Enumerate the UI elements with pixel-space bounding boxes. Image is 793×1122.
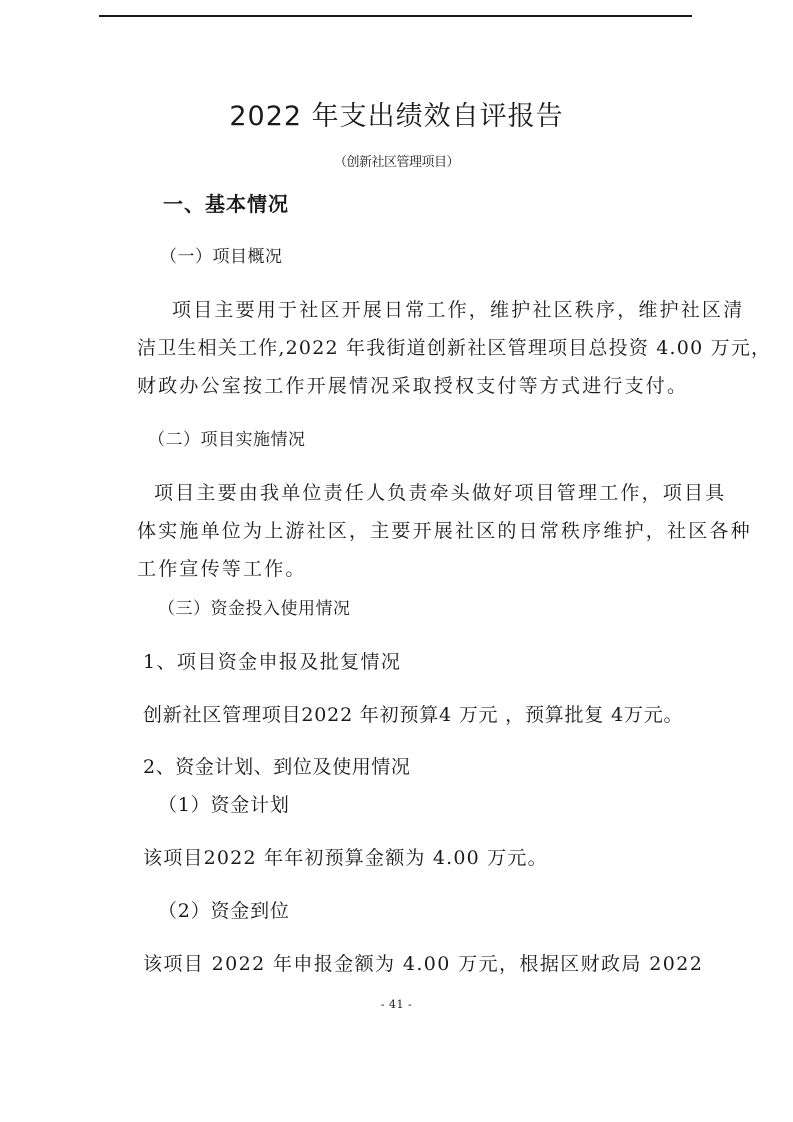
paragraph-line: 财政办公室按工作开展情况采取授权支付等方式进行支付。 <box>137 374 688 398</box>
paragraph-line: 创新社区管理项目2022 年初预算4 万元 ，预算批复 4万元。 <box>143 703 683 727</box>
item-heading-funds-approval: 1、项目资金申报及批复情况 <box>143 650 401 674</box>
subsection-heading-overview: （一）项目概况 <box>160 245 283 269</box>
section-heading-basic-info: 一、基本情况 <box>163 192 289 216</box>
document-subtitle: （创新社区管理项目） <box>0 154 793 172</box>
paragraph-line: 体实施单位为上游社区，主要开展社区的日常秩序维护，社区各种 <box>137 519 752 543</box>
paragraph-line: 工作宣传等工作。 <box>137 557 307 581</box>
paragraph-line: 项目主要由我单位责任人负责牵头做好项目管理工作，项目具 <box>154 481 726 505</box>
paragraph-line: 该项目 2022 年申报金额为 4.00 万元，根据区财政局 2022 <box>143 952 703 976</box>
paragraph-line: 洁卫生相关工作,2022 年我街道创新社区管理项目总投资 4.00 万元， <box>137 336 771 360</box>
paragraph-line: 该项目2022 年年初预算金额为 4.00 万元。 <box>143 846 548 870</box>
subsection-heading-funds: （三）资金投入使用情况 <box>158 597 351 621</box>
sub-item-heading-plan: （1）资金计划 <box>158 793 290 817</box>
item-heading-funds-usage: 2、资金计划、到位及使用情况 <box>143 755 411 779</box>
header-rule <box>99 15 692 17</box>
sub-item-heading-arrival: （2）资金到位 <box>158 899 290 923</box>
subsection-heading-implementation: （二）项目实施情况 <box>148 428 306 452</box>
paragraph-line: 项目主要用于社区开展日常工作，维护社区秩序，维护社区清 <box>172 298 744 322</box>
page-number: - 41 - <box>0 998 793 1011</box>
document-title: 2022 年支出绩效自评报告 <box>0 100 793 134</box>
